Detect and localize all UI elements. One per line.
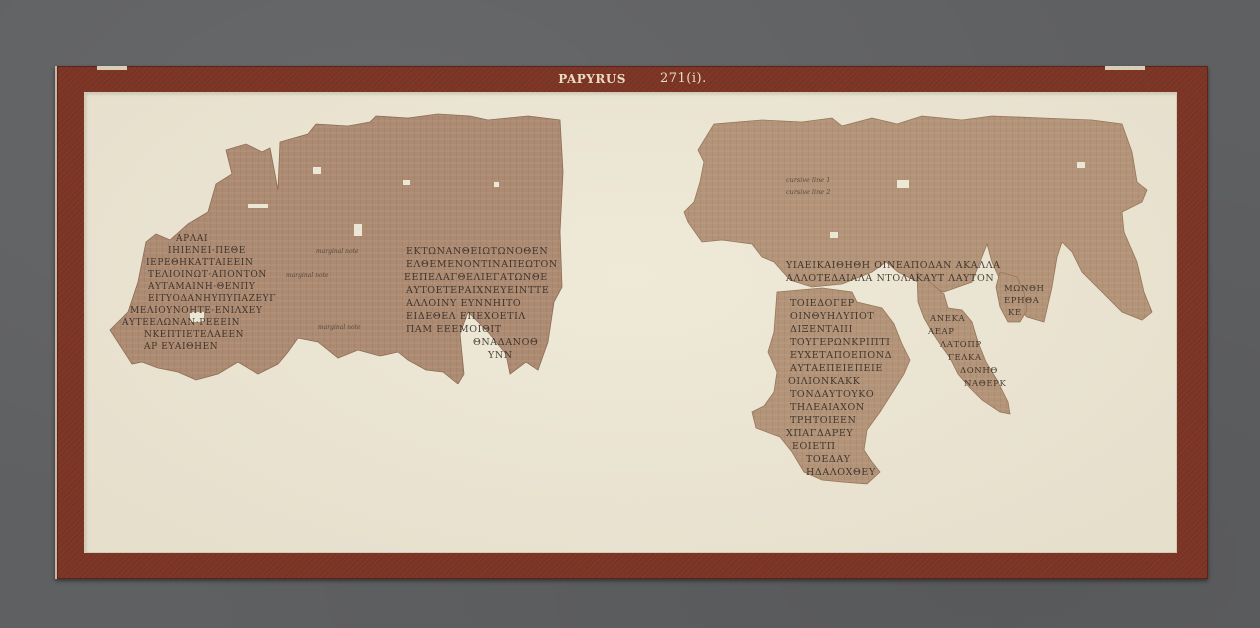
- right-lower-line: ΤΡΗΤΟΙΕΕΝ: [790, 415, 856, 426]
- cursive-line: cursive line 1: [786, 176, 830, 184]
- right-far-line: ΜΩΝΘΗ: [1004, 284, 1045, 294]
- left-col1-line: ΑΥΤΑΜΑΙΝΗ·ΘΕΝΠΥ: [148, 282, 255, 292]
- marginal-note: marginal note: [318, 324, 361, 331]
- right-side-line: ΑΕΑΡ: [928, 327, 955, 337]
- left-col2-line: ΑΛΛΟΙΝΥ ΕΥΝΝΗΙΤΟ: [406, 298, 521, 309]
- left-col2-line: ΕΙΔΕΘΕΛ ΕΠΕΧΟΕΤΙΛ: [406, 311, 526, 322]
- right-side-line: ΛΑΤΟΠΡ: [940, 340, 982, 350]
- left-papyrus-fragment: ΑΡΛΑΙ ΙΗΙΕΝΕΙ·ΠΕΘΕ ΙΕΡΕΘΗΚΑΤΤΑΙΕΕΙΝ ΤΕΛΙ…: [108, 112, 568, 384]
- right-lower-line: ΤΟΙΕΔΟΓΕΡ: [790, 298, 855, 309]
- frame-label-title: PAPYRUS: [558, 69, 626, 89]
- right-side-line: ΑΝΕΚΑ: [930, 314, 965, 324]
- right-papyrus-fragment: cursive line 1 cursive line 2 ΥΙΑΕΙΚΑΙΘΗ…: [682, 112, 1157, 497]
- frame-label-number: 271(i).: [660, 69, 707, 89]
- left-col1-line: ΕΙΤΥΟΔΑΝΗΥΠΥΠΑΖΕΥΓ: [148, 294, 276, 304]
- left-col2-line: ΑΥΤΟΕΤΕΡΑΙΧΝΕΥΕΙΝΤΤΕ: [406, 285, 549, 296]
- right-lower-line: ΕΥΧΕΤΑΠΟΕΠΟΝΔ: [790, 350, 892, 361]
- left-col2-line: ΠΑΜ ΕΕΕΜΟΙΘΙΤ: [406, 324, 502, 335]
- right-lower-line: ΕΟΙΕΤΠ: [792, 441, 836, 452]
- right-lower-line: ΤΟΥΓΕΡΩΝΚΡΙΠΤΙ: [790, 337, 891, 348]
- left-col2-line: ΕΚΤΩΝΑΝΘΕΙΩΤΩΝΟΘΕΝ: [406, 246, 548, 257]
- right-lower-line: ΑΥΤΑΕΠΕΙΕΠΕΙΕ: [790, 363, 883, 374]
- marginal-note: marginal note: [286, 272, 329, 279]
- marginal-note: marginal note: [316, 248, 359, 255]
- left-col2-line: ΥΝΝ: [488, 350, 513, 361]
- right-lower-line: ΤΗΛΕΑΙΑΧΟΝ: [790, 402, 865, 413]
- right-lower-line: ΤΟΝΔΑΥΤΟΥΚΟ: [790, 389, 874, 400]
- right-side-line: ΝΑΘΕΡΚ: [964, 379, 1006, 389]
- right-main-line: ΑΛΛΟΤΕΔΑΙΑΛΑ ΝΤΟΛΑΚΑΥΤ ΛΑΥΤΟΝ: [786, 273, 994, 284]
- left-col1-line: ΑΡ ΕΥΑΙΘΗΕΝ: [144, 342, 218, 352]
- frame-label: PAPYRUS 271(i).: [57, 69, 1208, 89]
- right-side-line: ΓΕΛΚΑ: [948, 353, 982, 363]
- left-col1-line: ΑΥΤΕΕΛΩΝΑΝ·ΡΕΕΕΙΝ: [122, 318, 240, 328]
- left-col2-line: ΕΕΠΕΛΑΓΘΕΛΙΕΓΑΤΩΝΘΕ: [404, 272, 548, 283]
- right-main-line: ΥΙΑΕΙΚΑΙΘΗΘΗ ΟΙΝΕΑΠΟΔΑΝ ΑΚΑΛΛΑ: [786, 260, 1001, 271]
- left-col2-line: ΘΝΑΔΑΝΟΘ: [473, 337, 538, 348]
- right-lower-line: ΗΔΑΛΟΧΘΕΥ: [806, 467, 876, 478]
- right-far-line: ΕΡΗΘΑ: [1004, 296, 1039, 306]
- left-col2-line: ΕΛΘΕΜΕΝΟΝΤΙΝΑΠΕΩΤΟΝ: [406, 259, 558, 270]
- right-lower-line: ΤΟΕΔΑΥ: [806, 454, 851, 465]
- right-far-line: ΚΕ: [1008, 308, 1022, 318]
- left-col1-line: ΜΕΛΙΟΥΝΟΗΤΕ·ΕΝΙΛΧΕΥ: [130, 306, 263, 316]
- left-col1-line: ΑΡΛΑΙ: [176, 234, 208, 244]
- cursive-line: cursive line 2: [786, 188, 830, 196]
- right-lower-line: ΔΙΞΕΝΤΑΙΙΙ: [790, 324, 853, 335]
- left-col1-line: ΝΚΕΠΤΙΕΤΕΛΑΕΕΝ: [144, 330, 244, 340]
- left-col1-line: ΤΕΛΙΟΙΝΩΤ·ΑΠΟΝΤΟΝ: [148, 270, 267, 280]
- right-lower-line: ΟΙΛΙΟΝΚΑΚΚ: [788, 376, 860, 387]
- right-side-line: ΔΟΝΗΘ: [960, 366, 998, 376]
- left-col1-line: ΙΕΡΕΘΗΚΑΤΤΑΙΕΕΙΝ: [146, 258, 253, 268]
- left-col1-line: ΙΗΙΕΝΕΙ·ΠΕΘΕ: [168, 246, 246, 256]
- right-lower-line: ΟΙΝΘΥΗΛΥΠΟΤ: [790, 311, 874, 322]
- right-lower-line: ΧΠΑΓΔΑΡΕΥ: [786, 428, 853, 439]
